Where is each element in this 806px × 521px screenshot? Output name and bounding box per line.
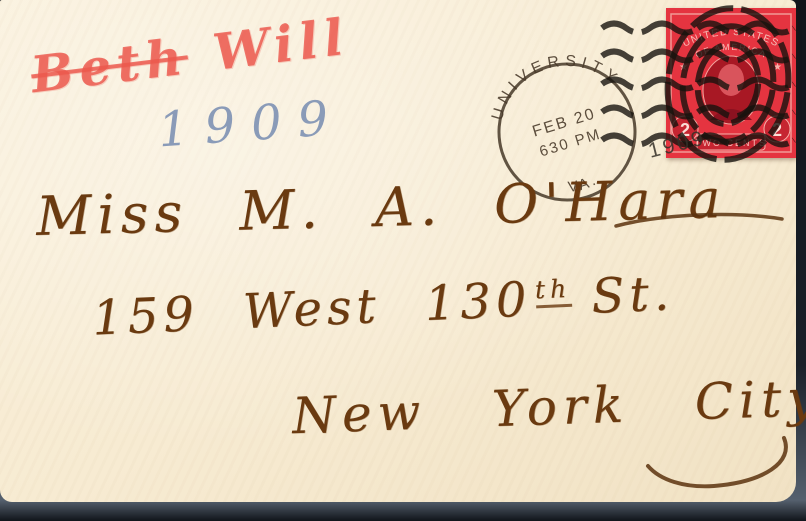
crayon-word-struck: Beth — [28, 27, 192, 105]
crayon-word: Will — [210, 7, 352, 82]
red-crayon-note: BethWill — [28, 7, 353, 105]
street-ordinal-text: th — [534, 274, 572, 309]
ohara-tail-flourish — [612, 206, 788, 236]
pencil-year-note: 1909 — [156, 90, 346, 159]
scanned-envelope-photo: BethWill 1909 UNIVERSITY VA. FEB 20 630 … — [0, 0, 806, 521]
envelope-paper: BethWill 1909 UNIVERSITY VA. FEB 20 630 … — [0, 0, 796, 502]
address-line-street: 159 West 130thSt. — [91, 265, 675, 346]
city-flourish — [642, 434, 794, 494]
street-number-text: 159 West 130 — [91, 272, 533, 347]
street-suffix-text: St. — [590, 265, 675, 325]
cancellation-marks — [598, 0, 806, 195]
